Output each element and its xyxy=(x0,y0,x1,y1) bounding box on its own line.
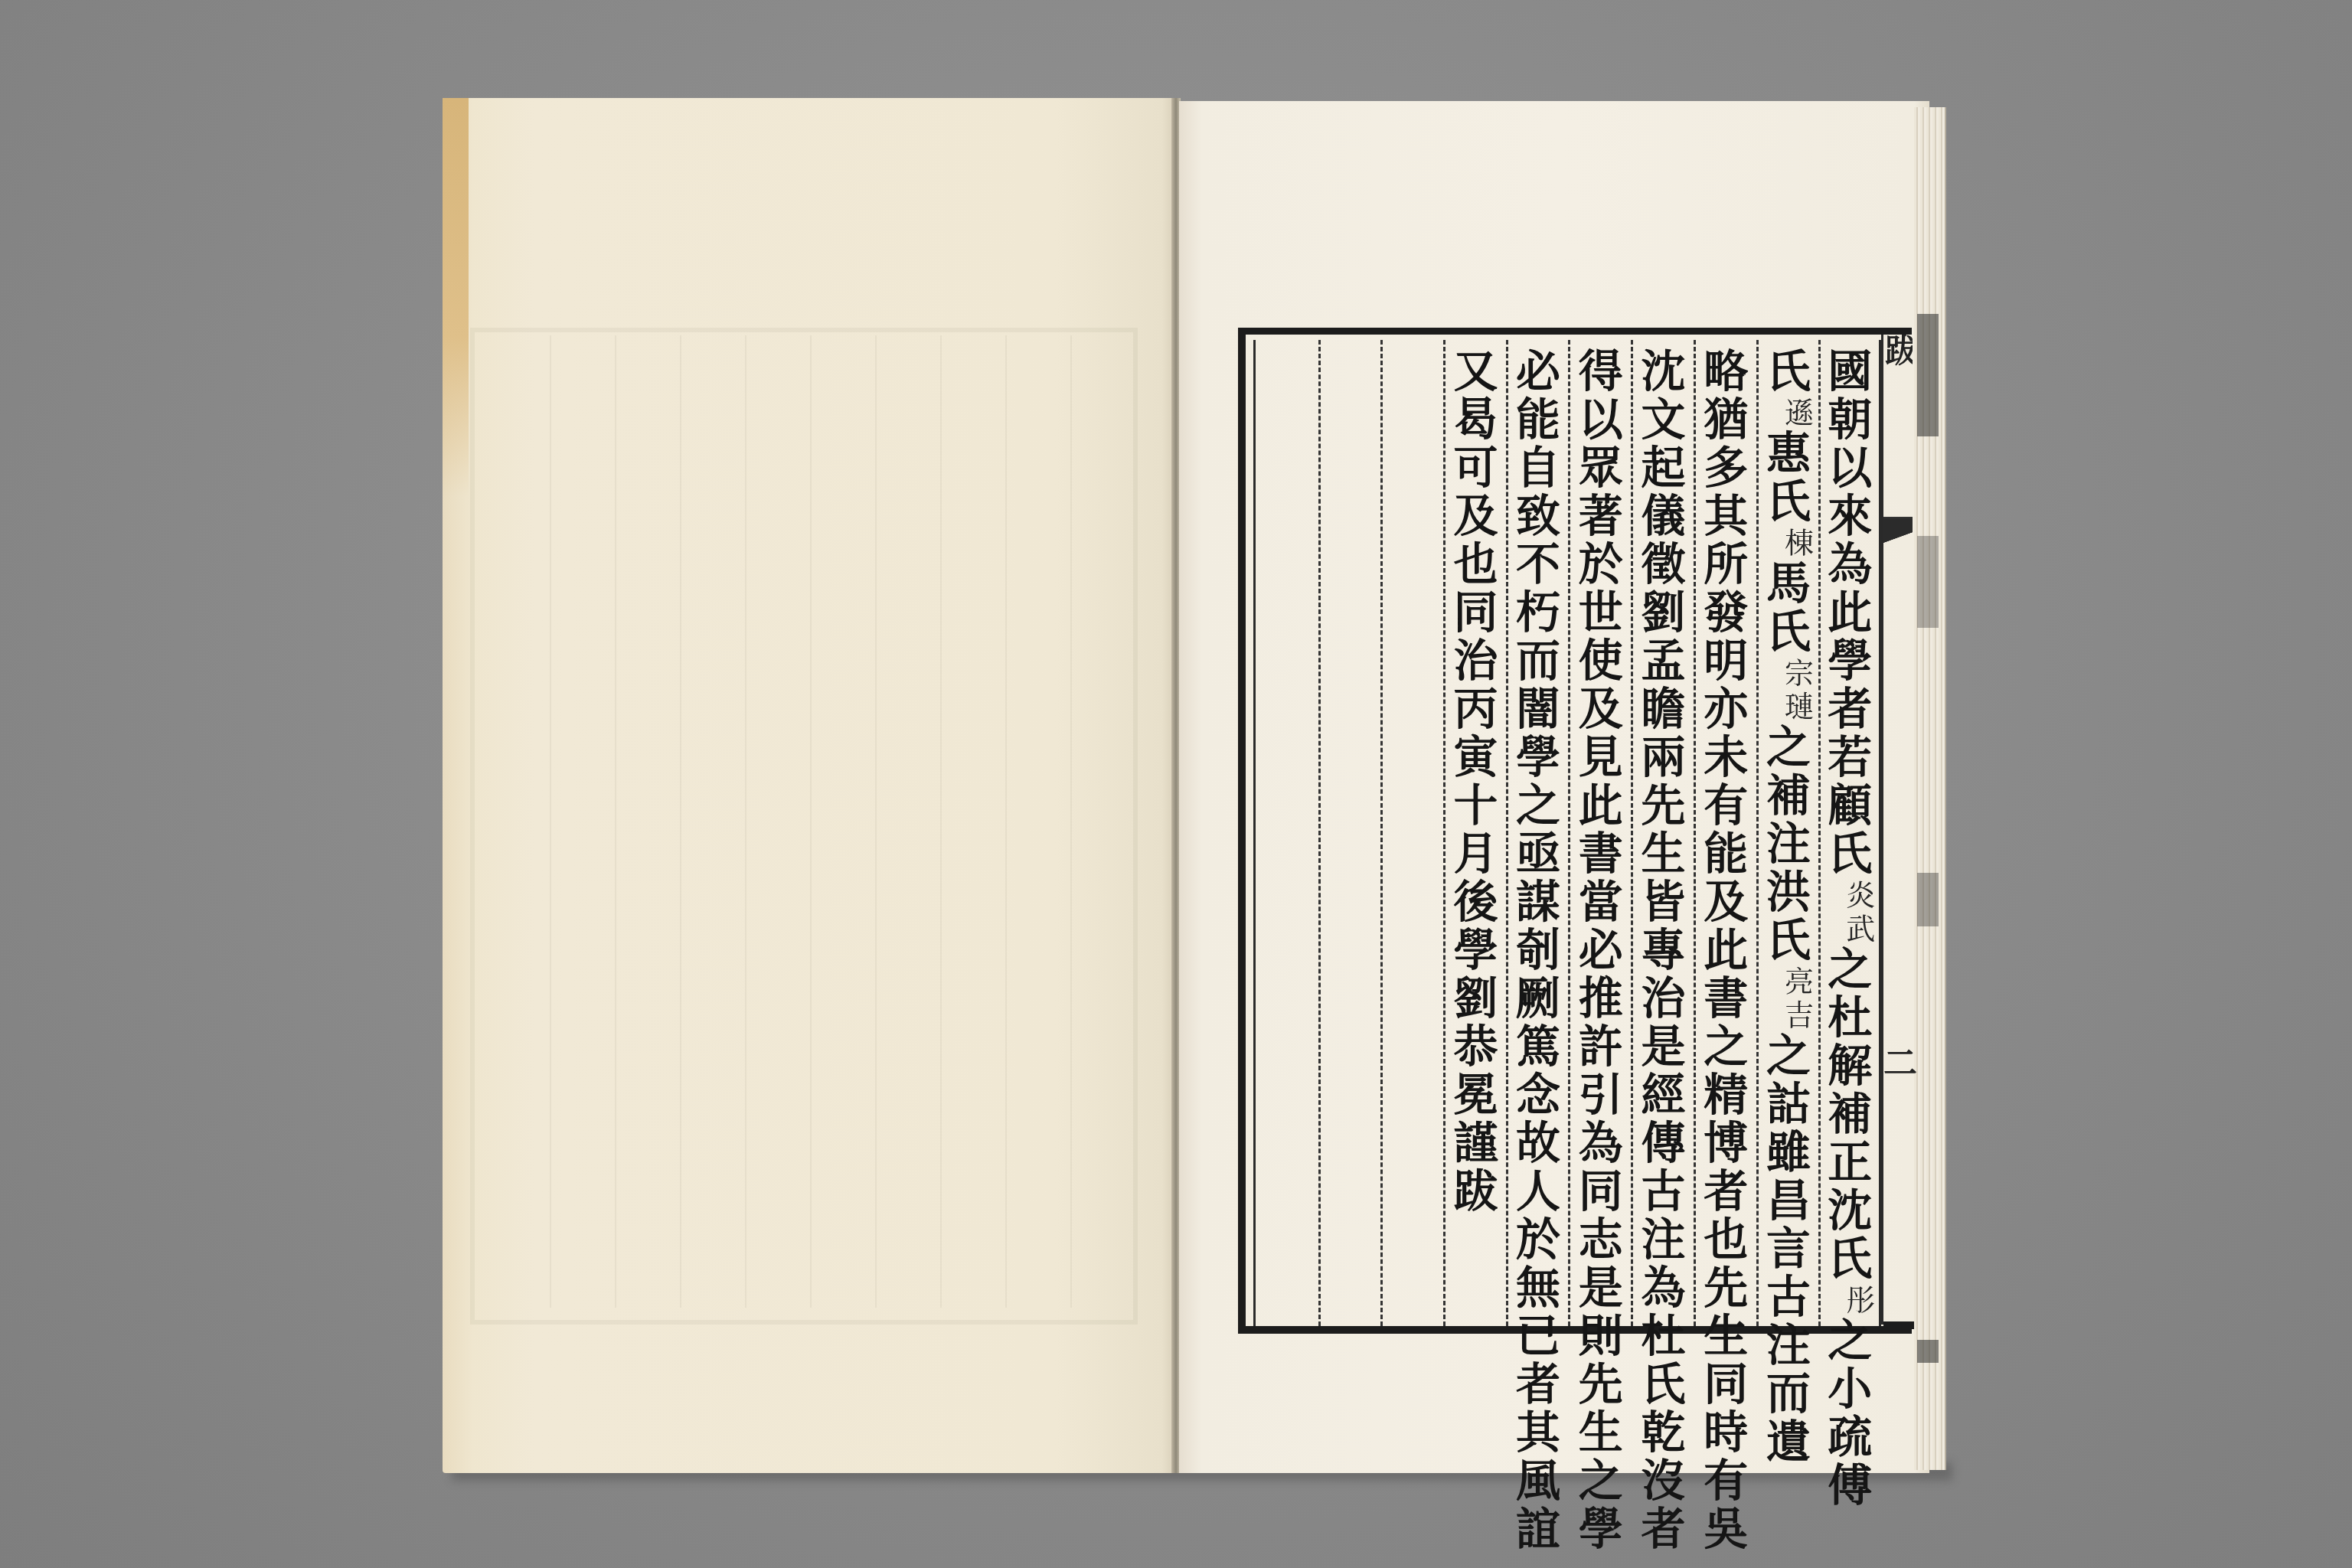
show-through-line xyxy=(615,335,616,1308)
text-char: 詁 xyxy=(1762,1080,1815,1129)
text-char: 氏 xyxy=(1762,348,1815,396)
text-char: 此 xyxy=(1823,589,1877,637)
blank-column-10 xyxy=(1256,340,1318,1326)
text-char: 杜 xyxy=(1823,994,1877,1042)
text-char: 有 xyxy=(1699,1457,1753,1505)
text-char: 也 xyxy=(1699,1216,1753,1264)
edge-ink-mark xyxy=(1917,314,1939,436)
text-char: 朽 xyxy=(1511,589,1565,637)
interlinear-note-char: 遜 xyxy=(1762,396,1815,430)
text-char: 發 xyxy=(1699,589,1753,637)
text-column-5: 得以眾著於世使及見此書當必推許引為同志是則先生之學 xyxy=(1568,340,1631,1326)
text-char: 氏 xyxy=(1637,1361,1690,1409)
text-column-7: 又曷可及也同治丙寅十月後學劉恭冕謹跋 xyxy=(1443,340,1506,1326)
text-char: 故 xyxy=(1511,1119,1565,1168)
show-through-line xyxy=(745,335,746,1308)
text-char: 及 xyxy=(1449,492,1502,541)
banxin-bottom-mark xyxy=(1883,1321,1914,1329)
interlinear-note-char: 宗 xyxy=(1762,656,1815,690)
text-char: 先 xyxy=(1699,1264,1753,1312)
text-char: 不 xyxy=(1511,541,1565,589)
text-char: 為 xyxy=(1823,541,1877,589)
text-char: 氏 xyxy=(1762,916,1815,965)
text-char: 正 xyxy=(1823,1138,1877,1187)
text-char: 必 xyxy=(1574,926,1628,975)
text-char: 氏 xyxy=(1762,478,1815,526)
text-char: 瞻 xyxy=(1637,685,1690,733)
text-char: 之 xyxy=(1511,782,1565,830)
text-char: 得 xyxy=(1574,348,1628,396)
text-char: 先 xyxy=(1637,782,1690,830)
text-char: 注 xyxy=(1762,820,1815,868)
text-char: 學 xyxy=(1823,637,1877,685)
interlinear-note-char: 亮 xyxy=(1762,965,1815,998)
text-char: 者 xyxy=(1637,1505,1690,1553)
text-char: 可 xyxy=(1449,444,1502,492)
text-char: 誼 xyxy=(1511,1505,1565,1553)
text-char: 許 xyxy=(1574,1023,1628,1071)
text-char: 者 xyxy=(1511,1361,1565,1409)
text-char: 學 xyxy=(1574,1505,1628,1553)
text-column-2: 氏遜惠氏棟馬氏宗璉之補注洪氏亮吉之詁雖昌言古注而遺 xyxy=(1756,340,1819,1326)
text-char: 學 xyxy=(1449,926,1502,975)
text-char: 顧 xyxy=(1823,782,1877,830)
text-char: 亦 xyxy=(1699,685,1753,733)
interlinear-note-char: 武 xyxy=(1823,912,1877,946)
interlinear-note-char: 璉 xyxy=(1762,690,1815,724)
text-char: 小 xyxy=(1823,1365,1877,1413)
text-char: 此 xyxy=(1574,782,1628,830)
text-char: 劉 xyxy=(1637,589,1690,637)
text-block: 國朝以來為此學者若顧氏炎武之杜解補正沈氏彤之小疏傅 氏遜惠氏棟馬氏宗璉之補注洪氏… xyxy=(1253,340,1881,1326)
text-char: 同 xyxy=(1574,1168,1628,1216)
text-char: 已 xyxy=(1511,1312,1565,1361)
text-char: 必 xyxy=(1511,348,1565,396)
text-char: 闇 xyxy=(1511,685,1565,733)
text-char: 又 xyxy=(1449,348,1502,396)
text-char: 劂 xyxy=(1511,975,1565,1023)
text-char: 之 xyxy=(1574,1457,1628,1505)
text-char: 皆 xyxy=(1637,878,1690,926)
text-char: 國 xyxy=(1823,348,1877,396)
text-char: 博 xyxy=(1699,1119,1753,1168)
text-char: 學 xyxy=(1511,733,1565,782)
text-char: 注 xyxy=(1637,1216,1690,1264)
text-char: 古 xyxy=(1762,1273,1815,1321)
text-char: 吳 xyxy=(1699,1505,1753,1553)
text-char: 朝 xyxy=(1823,396,1877,444)
text-char: 及 xyxy=(1574,685,1628,733)
text-char: 後 xyxy=(1449,878,1502,926)
interlinear-note-char: 吉 xyxy=(1762,998,1815,1032)
text-char: 言 xyxy=(1762,1225,1815,1273)
text-column-3: 略猶多其所發明亦未有能及此書之精博者也先生同時有吳 xyxy=(1694,340,1756,1326)
show-through-line xyxy=(875,335,877,1308)
text-char: 解 xyxy=(1823,1042,1877,1090)
page-number: 二 xyxy=(1883,1036,1917,1085)
show-through-line xyxy=(680,335,681,1308)
text-char: 傅 xyxy=(1823,1462,1877,1510)
text-char: 專 xyxy=(1637,926,1690,975)
text-char: 推 xyxy=(1574,975,1628,1023)
text-char: 補 xyxy=(1823,1090,1877,1138)
text-char: 之 xyxy=(1699,1023,1753,1071)
text-column-6: 必能自致不朽而闇學之亟謀剞劂篤念故人於無已者其風誼 xyxy=(1506,340,1569,1326)
text-char: 若 xyxy=(1823,733,1877,782)
text-char: 沈 xyxy=(1637,348,1690,396)
text-char: 書 xyxy=(1574,830,1628,878)
text-char: 明 xyxy=(1699,637,1753,685)
text-char: 眾 xyxy=(1574,444,1628,492)
text-char: 傳 xyxy=(1637,1119,1690,1168)
fore-edge xyxy=(1914,107,1946,1470)
text-char: 惠 xyxy=(1762,430,1815,478)
text-char: 於 xyxy=(1511,1216,1565,1264)
text-char: 剞 xyxy=(1511,926,1565,975)
text-char: 念 xyxy=(1511,1071,1565,1119)
text-char: 引 xyxy=(1574,1071,1628,1119)
text-char: 丙 xyxy=(1449,685,1502,733)
text-char: 所 xyxy=(1699,541,1753,589)
text-char: 多 xyxy=(1699,444,1753,492)
text-char: 疏 xyxy=(1823,1413,1877,1462)
text-char: 劉 xyxy=(1449,975,1502,1023)
text-char: 有 xyxy=(1699,782,1753,830)
show-through-line xyxy=(1005,335,1007,1308)
text-char: 是 xyxy=(1637,1023,1690,1071)
text-char: 起 xyxy=(1637,444,1690,492)
text-column-1: 國朝以來為此學者若顧氏炎武之杜解補正沈氏彤之小疏傅 xyxy=(1818,340,1881,1326)
edge-ink-mark xyxy=(1917,873,1939,926)
text-char: 馬 xyxy=(1762,560,1815,608)
interlinear-note-char: 棟 xyxy=(1762,526,1815,560)
text-char: 補 xyxy=(1762,772,1815,820)
text-char: 恭 xyxy=(1449,1023,1502,1071)
interlinear-note-char: 炎 xyxy=(1823,878,1877,912)
text-char: 於 xyxy=(1574,541,1628,589)
text-char: 時 xyxy=(1699,1409,1753,1457)
text-char: 儀 xyxy=(1637,492,1690,541)
text-char: 人 xyxy=(1511,1168,1565,1216)
show-through-frame xyxy=(470,328,1138,1325)
text-char: 之 xyxy=(1762,1032,1815,1080)
text-char: 謹 xyxy=(1449,1119,1502,1168)
text-char: 其 xyxy=(1511,1409,1565,1457)
text-char: 能 xyxy=(1511,396,1565,444)
text-char: 冕 xyxy=(1449,1071,1502,1119)
text-char: 乾 xyxy=(1637,1409,1690,1457)
text-char: 氏 xyxy=(1762,608,1815,656)
text-char: 生 xyxy=(1637,830,1690,878)
text-char: 則 xyxy=(1574,1312,1628,1361)
text-char: 月 xyxy=(1449,830,1502,878)
text-char: 也 xyxy=(1449,541,1502,589)
text-column-4: 沈文起儀徵劉孟瞻兩先生皆專治是經傳古注為杜氏乾沒者 xyxy=(1631,340,1694,1326)
text-char: 經 xyxy=(1637,1071,1690,1119)
text-char: 遺 xyxy=(1762,1418,1815,1466)
edge-ink-mark xyxy=(1917,1340,1939,1363)
text-char: 昌 xyxy=(1762,1177,1815,1225)
text-char: 十 xyxy=(1449,782,1502,830)
text-char: 為 xyxy=(1637,1264,1690,1312)
text-char: 使 xyxy=(1574,637,1628,685)
text-char: 書 xyxy=(1699,975,1753,1023)
text-char: 篤 xyxy=(1511,1023,1565,1071)
show-through-line xyxy=(1070,335,1072,1308)
left-page xyxy=(443,98,1174,1473)
text-char: 而 xyxy=(1511,637,1565,685)
text-char: 沈 xyxy=(1823,1187,1877,1235)
text-char: 雖 xyxy=(1762,1129,1815,1177)
text-char: 洪 xyxy=(1762,868,1815,916)
text-char: 跋 xyxy=(1449,1168,1502,1216)
text-char: 同 xyxy=(1449,589,1502,637)
text-char: 世 xyxy=(1574,589,1628,637)
text-char: 徵 xyxy=(1637,541,1690,589)
blank-column-9 xyxy=(1318,340,1381,1326)
text-char: 古 xyxy=(1637,1168,1690,1216)
text-char: 兩 xyxy=(1637,733,1690,782)
text-char: 之 xyxy=(1762,724,1815,772)
text-char: 自 xyxy=(1511,444,1565,492)
text-char: 治 xyxy=(1449,637,1502,685)
text-char: 曷 xyxy=(1449,396,1502,444)
text-char: 之 xyxy=(1823,1317,1877,1365)
text-char: 先 xyxy=(1574,1361,1628,1409)
text-char: 文 xyxy=(1637,396,1690,444)
text-char: 亟 xyxy=(1511,830,1565,878)
text-char: 為 xyxy=(1574,1119,1628,1168)
text-char: 寅 xyxy=(1449,733,1502,782)
text-char: 未 xyxy=(1699,733,1753,782)
text-char: 之 xyxy=(1823,946,1877,994)
text-char: 見 xyxy=(1574,733,1628,782)
text-char: 能 xyxy=(1699,830,1753,878)
text-char: 志 xyxy=(1574,1216,1628,1264)
text-char: 以 xyxy=(1574,396,1628,444)
text-char: 者 xyxy=(1823,685,1877,733)
blank-column-8 xyxy=(1380,340,1443,1326)
text-char: 是 xyxy=(1574,1264,1628,1312)
text-char: 來 xyxy=(1823,492,1877,541)
text-char: 杜 xyxy=(1637,1312,1690,1361)
text-char: 而 xyxy=(1762,1370,1815,1418)
text-char: 氏 xyxy=(1823,830,1877,878)
text-char: 同 xyxy=(1699,1361,1753,1409)
text-char: 氏 xyxy=(1823,1235,1877,1283)
text-char: 其 xyxy=(1699,492,1753,541)
text-char: 生 xyxy=(1574,1409,1628,1457)
show-through-line xyxy=(550,335,551,1308)
text-char: 此 xyxy=(1699,926,1753,975)
text-char: 精 xyxy=(1699,1071,1753,1119)
text-char: 謀 xyxy=(1511,878,1565,926)
text-char: 者 xyxy=(1699,1168,1753,1216)
text-char: 注 xyxy=(1762,1321,1815,1370)
edge-ink-mark xyxy=(1917,536,1939,628)
text-char: 孟 xyxy=(1637,637,1690,685)
show-through-line xyxy=(940,335,942,1308)
text-char: 治 xyxy=(1637,975,1690,1023)
text-char: 當 xyxy=(1574,878,1628,926)
banxin-title: 跋 xyxy=(1885,335,1913,368)
text-char: 以 xyxy=(1823,444,1877,492)
edge-stain xyxy=(443,98,469,496)
fishtail-mark-icon xyxy=(1883,517,1913,552)
text-char: 沒 xyxy=(1637,1457,1690,1505)
text-char: 風 xyxy=(1511,1457,1565,1505)
text-char: 猶 xyxy=(1699,396,1753,444)
show-through-line xyxy=(810,335,812,1308)
interlinear-note-char: 彤 xyxy=(1823,1283,1877,1317)
banxin-fold-margin: 跋 二 xyxy=(1881,335,1912,1325)
text-char: 及 xyxy=(1699,878,1753,926)
text-char: 略 xyxy=(1699,348,1753,396)
text-char: 致 xyxy=(1511,492,1565,541)
text-char: 無 xyxy=(1511,1264,1565,1312)
text-char: 生 xyxy=(1699,1312,1753,1361)
text-char: 著 xyxy=(1574,492,1628,541)
